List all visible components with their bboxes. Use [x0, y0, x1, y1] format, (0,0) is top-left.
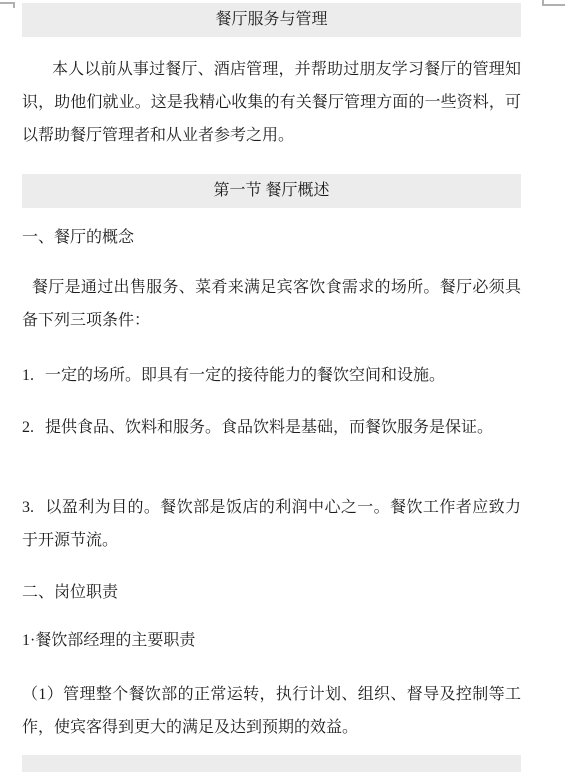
section-heading-banner: 第一节 餐厅概述 — [22, 174, 521, 208]
next-heading-banner-cutoff — [22, 755, 521, 772]
list-item-number: 2. — [22, 411, 45, 444]
document-title-banner: 餐厅服务与管理 — [22, 3, 521, 37]
concept-paragraph: 餐厅是通过出售服务、菜肴来满足宾客饮食需求的场所。餐厅必须具备下列三项条件： — [22, 271, 521, 337]
heading-job-duties: 二、岗位职责 — [22, 576, 521, 609]
list-item-text: 以盈利为目的。餐饮部是饭店的利润中心之一。餐饮工作者应致力于开源节流。 — [22, 499, 521, 549]
list-item: 3.以盈利为目的。餐饮部是饭店的利润中心之一。餐饮工作者应致力于开源节流。 — [22, 491, 521, 557]
manager-duty-paragraph: （1）管理整个餐饮部的正常运转，执行计划、组织、督导及控制等工作，使宾客得到更大… — [22, 678, 521, 744]
text-boundary-corner-mark-top-left — [0, 2, 15, 8]
text-boundary-corner-mark-top-right — [542, 0, 565, 6]
intro-paragraph: 本人以前从事过餐厅、酒店管理，并帮助过朋友学习餐厅的管理知识，助他们就业。这是我… — [22, 53, 521, 152]
document-page: 餐厅服务与管理 本人以前从事过餐厅、酒店管理，并帮助过朋友学习餐厅的管理知识，助… — [0, 0, 585, 772]
list-item-number: 3. — [22, 491, 45, 524]
heading-restaurant-concept: 一、餐厅的概念 — [22, 221, 521, 254]
list-item-text: 提供食品、饮料和服务。食品饮料是基础，而餐饮服务是保证。 — [45, 419, 493, 436]
list-item: 2.提供食品、饮料和服务。食品饮料是基础，而餐饮服务是保证。 — [22, 411, 521, 444]
subheading-fb-manager-duties: 1·餐饮部经理的主要职责 — [22, 624, 521, 657]
list-item-text: 一定的场所。即具有一定的接待能力的餐饮空间和设施。 — [45, 367, 445, 384]
list-item-number: 1. — [22, 359, 45, 392]
list-item: 1.一定的场所。即具有一定的接待能力的餐饮空间和设施。 — [22, 359, 521, 392]
